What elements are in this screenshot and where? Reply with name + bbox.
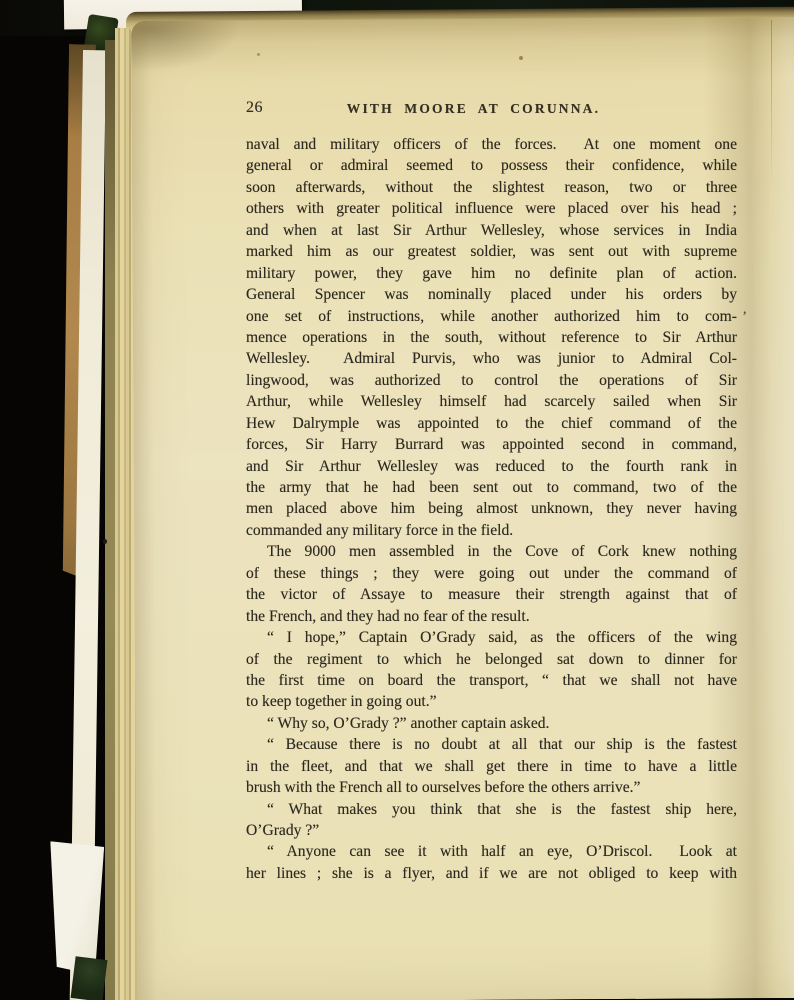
text-line: others with greater political influence … [246,198,737,219]
protruding-white-sheet-bottom [40,841,105,975]
text-line: the victor of Assaye to measure their st… [246,584,737,605]
text-line: her lines ; she is a flyer, and if we ar… [246,863,737,884]
text-line: General Spencer was nominally placed und… [246,284,737,305]
text-line: “ Because there is no doubt at all that … [246,734,737,755]
page-header: 26 WITH MOORE AT CORUNNA. [246,99,737,119]
text-line: general or admiral seemed to possess the… [246,155,737,176]
text-line: Arthur, while Wellesley himself had scar… [246,391,737,412]
text-line: naval and military officers of the force… [246,134,737,155]
text-line: “ What makes you think that she is the f… [246,799,737,820]
text-line: the army that he had been sent out to co… [246,477,737,498]
text-line: to keep together in going out.” [246,691,737,712]
running-title: WITH MOORE AT CORUNNA. [228,101,719,117]
text-line: O’Grady ?” [246,820,737,841]
text-line: mence operations in the south, without r… [246,327,737,348]
text-line: military power, they gave him no definit… [246,263,737,284]
text-line: “ Why so, O’Grady ?” another captain ask… [246,713,737,734]
text-line: in the fleet, and that we shall get ther… [246,756,737,777]
text-line: soon afterwards, without the slightest r… [246,177,737,198]
foxing-speck [257,53,260,56]
text-line: and Sir Arthur Wellesley was reduced to … [246,456,737,477]
cover-corner-bottom-left [71,956,108,1000]
page-text: , naval and military officers of the for… [246,134,737,884]
text-line: brush with the French all to ourselves b… [246,777,737,798]
text-line: men placed above him being almost unknow… [246,498,737,519]
text-line: Wellesley. Admiral Purvis, who was junio… [246,348,737,369]
text-line: of the regiment to which he belonged sat… [246,649,737,670]
stray-ink-mark: , [743,302,747,318]
text-line: the French, and they had no fear of the … [246,606,737,627]
text-line: marked him as our greatest soldier, was … [246,241,737,262]
text-line: commanded any military force in the fiel… [246,520,737,541]
book-scan-photo: 26 WITH MOORE AT CORUNNA. , naval and mi… [0,0,794,1000]
text-line: and when at last Sir Arthur Wellesley, w… [246,220,737,241]
text-line: “ Anyone can see it with half an eye, O’… [246,841,737,862]
foxing-speck [103,539,107,544]
text-line: “ I hope,” Captain O’Grady said, as the … [246,627,737,648]
text-line: the first time on board the transport, “… [246,670,737,691]
text-line: lingwood, was authorized to control the … [246,370,737,391]
text-line: Hew Dalrymple was appointed to the chief… [246,413,737,434]
facing-page-seam [771,20,772,190]
text-line: one set of instructions, while another a… [246,306,737,327]
text-line: forces, Sir Harry Burrard was appointed … [246,434,737,455]
foxing-speck [519,56,523,60]
text-line: The 9000 men assembled in the Cove of Co… [246,541,737,562]
text-line: of these things ; they were going out un… [246,563,737,584]
